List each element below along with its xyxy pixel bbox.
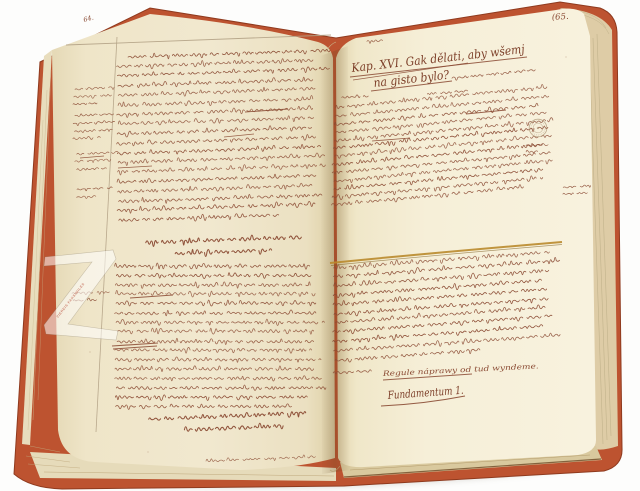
speck <box>371 40 372 41</box>
photo-background: 64. (65. Kap. XVI. Gak dělati, aby wšemj… <box>0 0 640 491</box>
speck <box>519 299 520 300</box>
right-folio-number: (65. <box>551 11 569 23</box>
speck <box>89 351 90 352</box>
manuscript-book-photo: 64. (65. Kap. XVI. Gak dělati, aby wšemj… <box>0 0 640 491</box>
speck <box>565 56 566 57</box>
left-page-paper <box>52 14 335 470</box>
gutter-shadow <box>320 46 350 474</box>
speck <box>147 451 148 452</box>
